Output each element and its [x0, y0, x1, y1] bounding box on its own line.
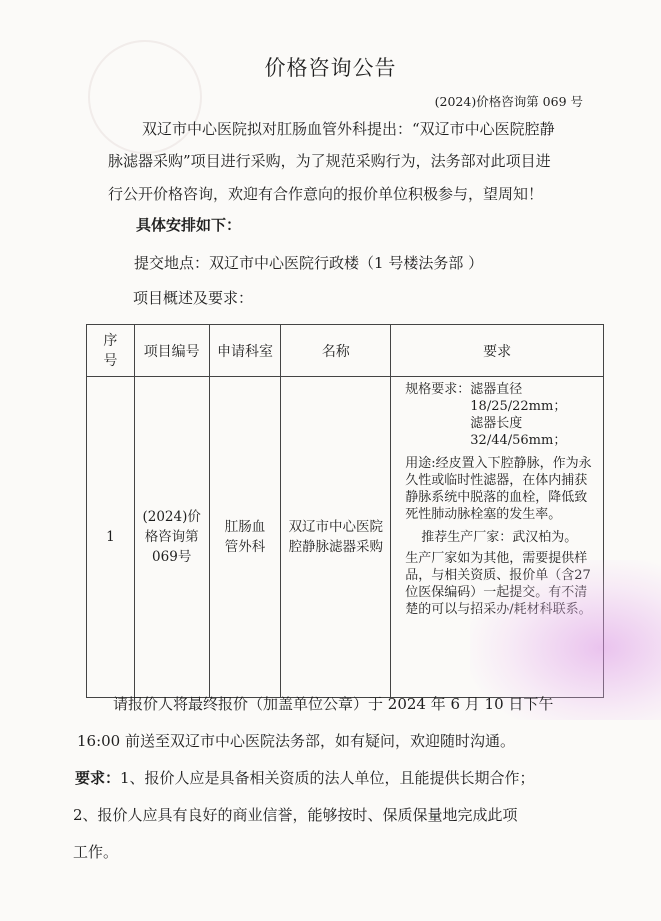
intro-line-2: 脉滤器采购”项目进行采购，为了规范采购行为，法务部对此项目进: [108, 150, 551, 171]
requirement-2: 2、报价人应具有良好的商业信誉，能够按时、保质保量地完成此项: [73, 804, 518, 825]
table-header-row: 序号 项目编号 申请科室 名称 要求: [87, 325, 604, 377]
spec-label: 规格要求：: [405, 381, 470, 449]
requirements-label: 要求：: [75, 769, 120, 787]
cell-project-no: (2024)价格咨询第069号: [134, 377, 209, 698]
overview-heading: 项目概述及要求：: [133, 287, 253, 308]
requirement-1: 1、报价人应是具备相关资质的法人单位，且能提供长期合作；: [120, 769, 535, 787]
spec-value: 滤器直径18/25/22mm；滤器长度32/44/56mm；: [470, 381, 562, 449]
header-department: 申请科室: [209, 325, 281, 377]
arrangement-heading: 具体安排如下：: [136, 214, 241, 235]
cell-seq: 1: [87, 377, 135, 698]
requirement-2-cont: 工作。: [73, 841, 118, 862]
deadline-line-1: 请报价人将最终报价（加盖单位公章）于 2024 年 6 月 10 日下午: [113, 693, 553, 714]
document-page: 价格咨询公告 (2024)价格咨询第 069 号 双辽市中心医院拟对肛肠血管外科…: [0, 0, 661, 921]
cell-name: 双辽市中心医院腔静脉滤器采购: [281, 377, 391, 698]
intro-line-1: 双辽市中心医院拟对肛肠血管外科提出：“双辽市中心医院腔静: [142, 118, 555, 139]
cell-department: 肛肠血管外科: [209, 377, 281, 698]
recommended-manufacturer: 推荐生产厂家：武汉柏为。: [405, 529, 595, 546]
deadline-line-2: 16:00 前送至双辽市中心医院法务部，如有疑问，欢迎随时沟通。: [77, 730, 515, 751]
document-number: (2024)价格咨询第 069 号: [435, 92, 583, 110]
submission-location: 提交地点：双辽市中心医院行政楼（1 号楼法务部 ）: [134, 252, 483, 273]
document-title: 价格咨询公告: [0, 52, 661, 82]
header-project-no: 项目编号: [134, 325, 209, 377]
usage-text: 用途:经皮置入下腔静脉，作为永久性或临时性滤器，在体内捕获静脉系统中脱落的血栓，…: [405, 455, 595, 523]
header-seq: 序号: [87, 325, 135, 377]
intro-line-3: 行公开价格咨询，欢迎有合作意向的报价单位积极参与，望周知！: [108, 183, 543, 204]
spec-requirement: 规格要求： 滤器直径18/25/22mm；滤器长度32/44/56mm；: [405, 381, 595, 449]
header-name: 名称: [281, 325, 391, 377]
requirements-line-1: 要求：1、报价人应是具备相关资质的法人单位，且能提供长期合作；: [75, 767, 535, 788]
header-requirements: 要求: [391, 325, 604, 377]
